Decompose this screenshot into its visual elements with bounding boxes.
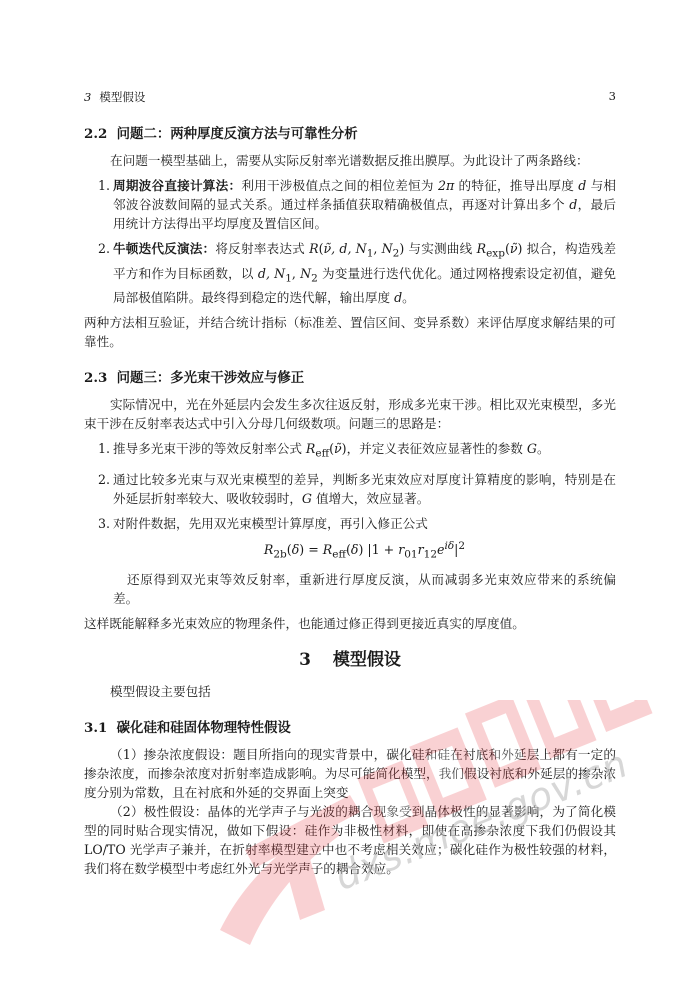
section-3-heading: 3模型假设: [84, 651, 616, 670]
method-2-term: 牛顿迭代反演法：: [113, 241, 215, 256]
subsection-title: 问题二：两种厚度反演方法与可靠性分析: [117, 126, 358, 142]
subsection-title: 问题三：多光束干涉效应与修正: [117, 370, 304, 386]
list-item-method-1: 1. 周期波谷直接计算法：利用干涉极值点之间的相位差恒为 2π 的特征，推导出厚…: [84, 176, 616, 233]
subsection-number: 2.2: [84, 125, 112, 144]
subsection-3-1-heading: 3.1 碳化硅和硅固体物理特性假设: [84, 719, 616, 738]
subsection-2-2-intro: 在问题一模型基础上，需要从实际反射率光谱数据反推出膜厚。为此设计了两条路线：: [84, 151, 616, 170]
assumption-doping: （1）掺杂浓度假设：题目所指向的现实背景中，碳化硅和硅在衬底和外延层上都有一定的…: [84, 745, 616, 802]
list-item-step-3: 3. 对附件数据，先用双光束模型计算厚度，再引入修正公式 R2b(δ) = Re…: [84, 514, 616, 609]
list-item-method-2: 2. 牛顿迭代反演法：将反射率表达式 R(ν̃, d, N1, N2) 与实测曲…: [84, 239, 616, 307]
formula-continuation: 还原得到双光束等效反射率，重新进行厚度反演，从而减弱多光束效应带来的系统偏差。: [113, 570, 616, 608]
subsection-2-2-conclusion: 两种方法相互验证，并结合统计指标（标准差、置信区间、变异系数）来评估厚度求解结果…: [84, 313, 616, 351]
document-page: 3模型假设 3 2.2 问题二：两种厚度反演方法与可靠性分析 在问题一模型基础上…: [0, 0, 700, 989]
section-number: 3: [299, 650, 311, 670]
subsection-2-3-conclusion: 这样既能解释多光束效应的物理条件，也能通过修正得到更接近真实的厚度值。: [84, 614, 616, 633]
subsection-2-3-heading: 2.3 问题三：多光束干涉效应与修正: [84, 369, 616, 388]
assumption-polarity: （2）极性假设：晶体的光学声子与光波的耦合现象受到晶体极性的显著影响，为了简化模…: [84, 802, 616, 878]
running-header-section-number: 3: [84, 90, 91, 104]
list-number: 1.: [98, 176, 110, 195]
running-header-section-title: 模型假设: [99, 90, 145, 104]
method-1-body: 周期波谷直接计算法：利用干涉极值点之间的相位差恒为 2π 的特征，推导出厚度 d…: [113, 178, 616, 231]
subsection-2-2-method-list: 1. 周期波谷直接计算法：利用干涉极值点之间的相位差恒为 2π 的特征，推导出厚…: [84, 176, 616, 307]
list-number: 1.: [98, 439, 110, 458]
page-body: 2.2 问题二：两种厚度反演方法与可靠性分析 在问题一模型基础上，需要从实际反射…: [84, 125, 616, 878]
subsection-2-3-intro: 实际情况中，光在外延层内会发生多次往返反射，形成多光束干涉。相比双光束模型，多光…: [84, 395, 616, 433]
page-number: 3: [609, 89, 616, 105]
step-3-body: 对附件数据，先用双光束模型计算厚度，再引入修正公式: [113, 516, 428, 531]
subsection-number: 2.3: [84, 369, 112, 388]
subsection-2-3-step-list: 1. 推导多光束干涉的等效反射率公式 Reff(ν̃)，并定义表征效应显著性的参…: [84, 439, 616, 608]
method-2-body: 牛顿迭代反演法：将反射率表达式 R(ν̃, d, N1, N2) 与实测曲线 R…: [113, 241, 616, 305]
list-number: 2.: [98, 239, 110, 258]
section-title: 模型假设: [333, 650, 401, 670]
subsection-number: 3.1: [84, 719, 112, 738]
list-item-step-2: 2. 通过比较多光束与双光束模型的差异，判断多光束效应对厚度计算精度的影响，特别…: [84, 470, 616, 508]
running-header: 3模型假设 3: [84, 89, 616, 105]
method-1-term: 周期波谷直接计算法：: [113, 178, 241, 193]
correction-formula: R2b(δ) = Reff(δ) |1 + r01r12eiδ|2: [113, 537, 616, 565]
step-1-body: 推导多光束干涉的等效反射率公式 Reff(ν̃)，并定义表征效应显著性的参数 G…: [113, 441, 550, 456]
section-3-intro: 模型假设主要包括: [84, 682, 616, 701]
list-item-step-1: 1. 推导多光束干涉的等效反射率公式 Reff(ν̃)，并定义表征效应显著性的参…: [84, 439, 616, 464]
list-number: 2.: [98, 470, 110, 489]
step-2-body: 通过比较多光束与双光束模型的差异，判断多光束效应对厚度计算精度的影响，特别是在外…: [113, 472, 616, 506]
running-header-section: 3模型假设: [84, 89, 145, 105]
subsection-title: 碳化硅和硅固体物理特性假设: [117, 720, 291, 736]
subsection-2-2-heading: 2.2 问题二：两种厚度反演方法与可靠性分析: [84, 125, 616, 144]
list-number: 3.: [98, 514, 110, 533]
